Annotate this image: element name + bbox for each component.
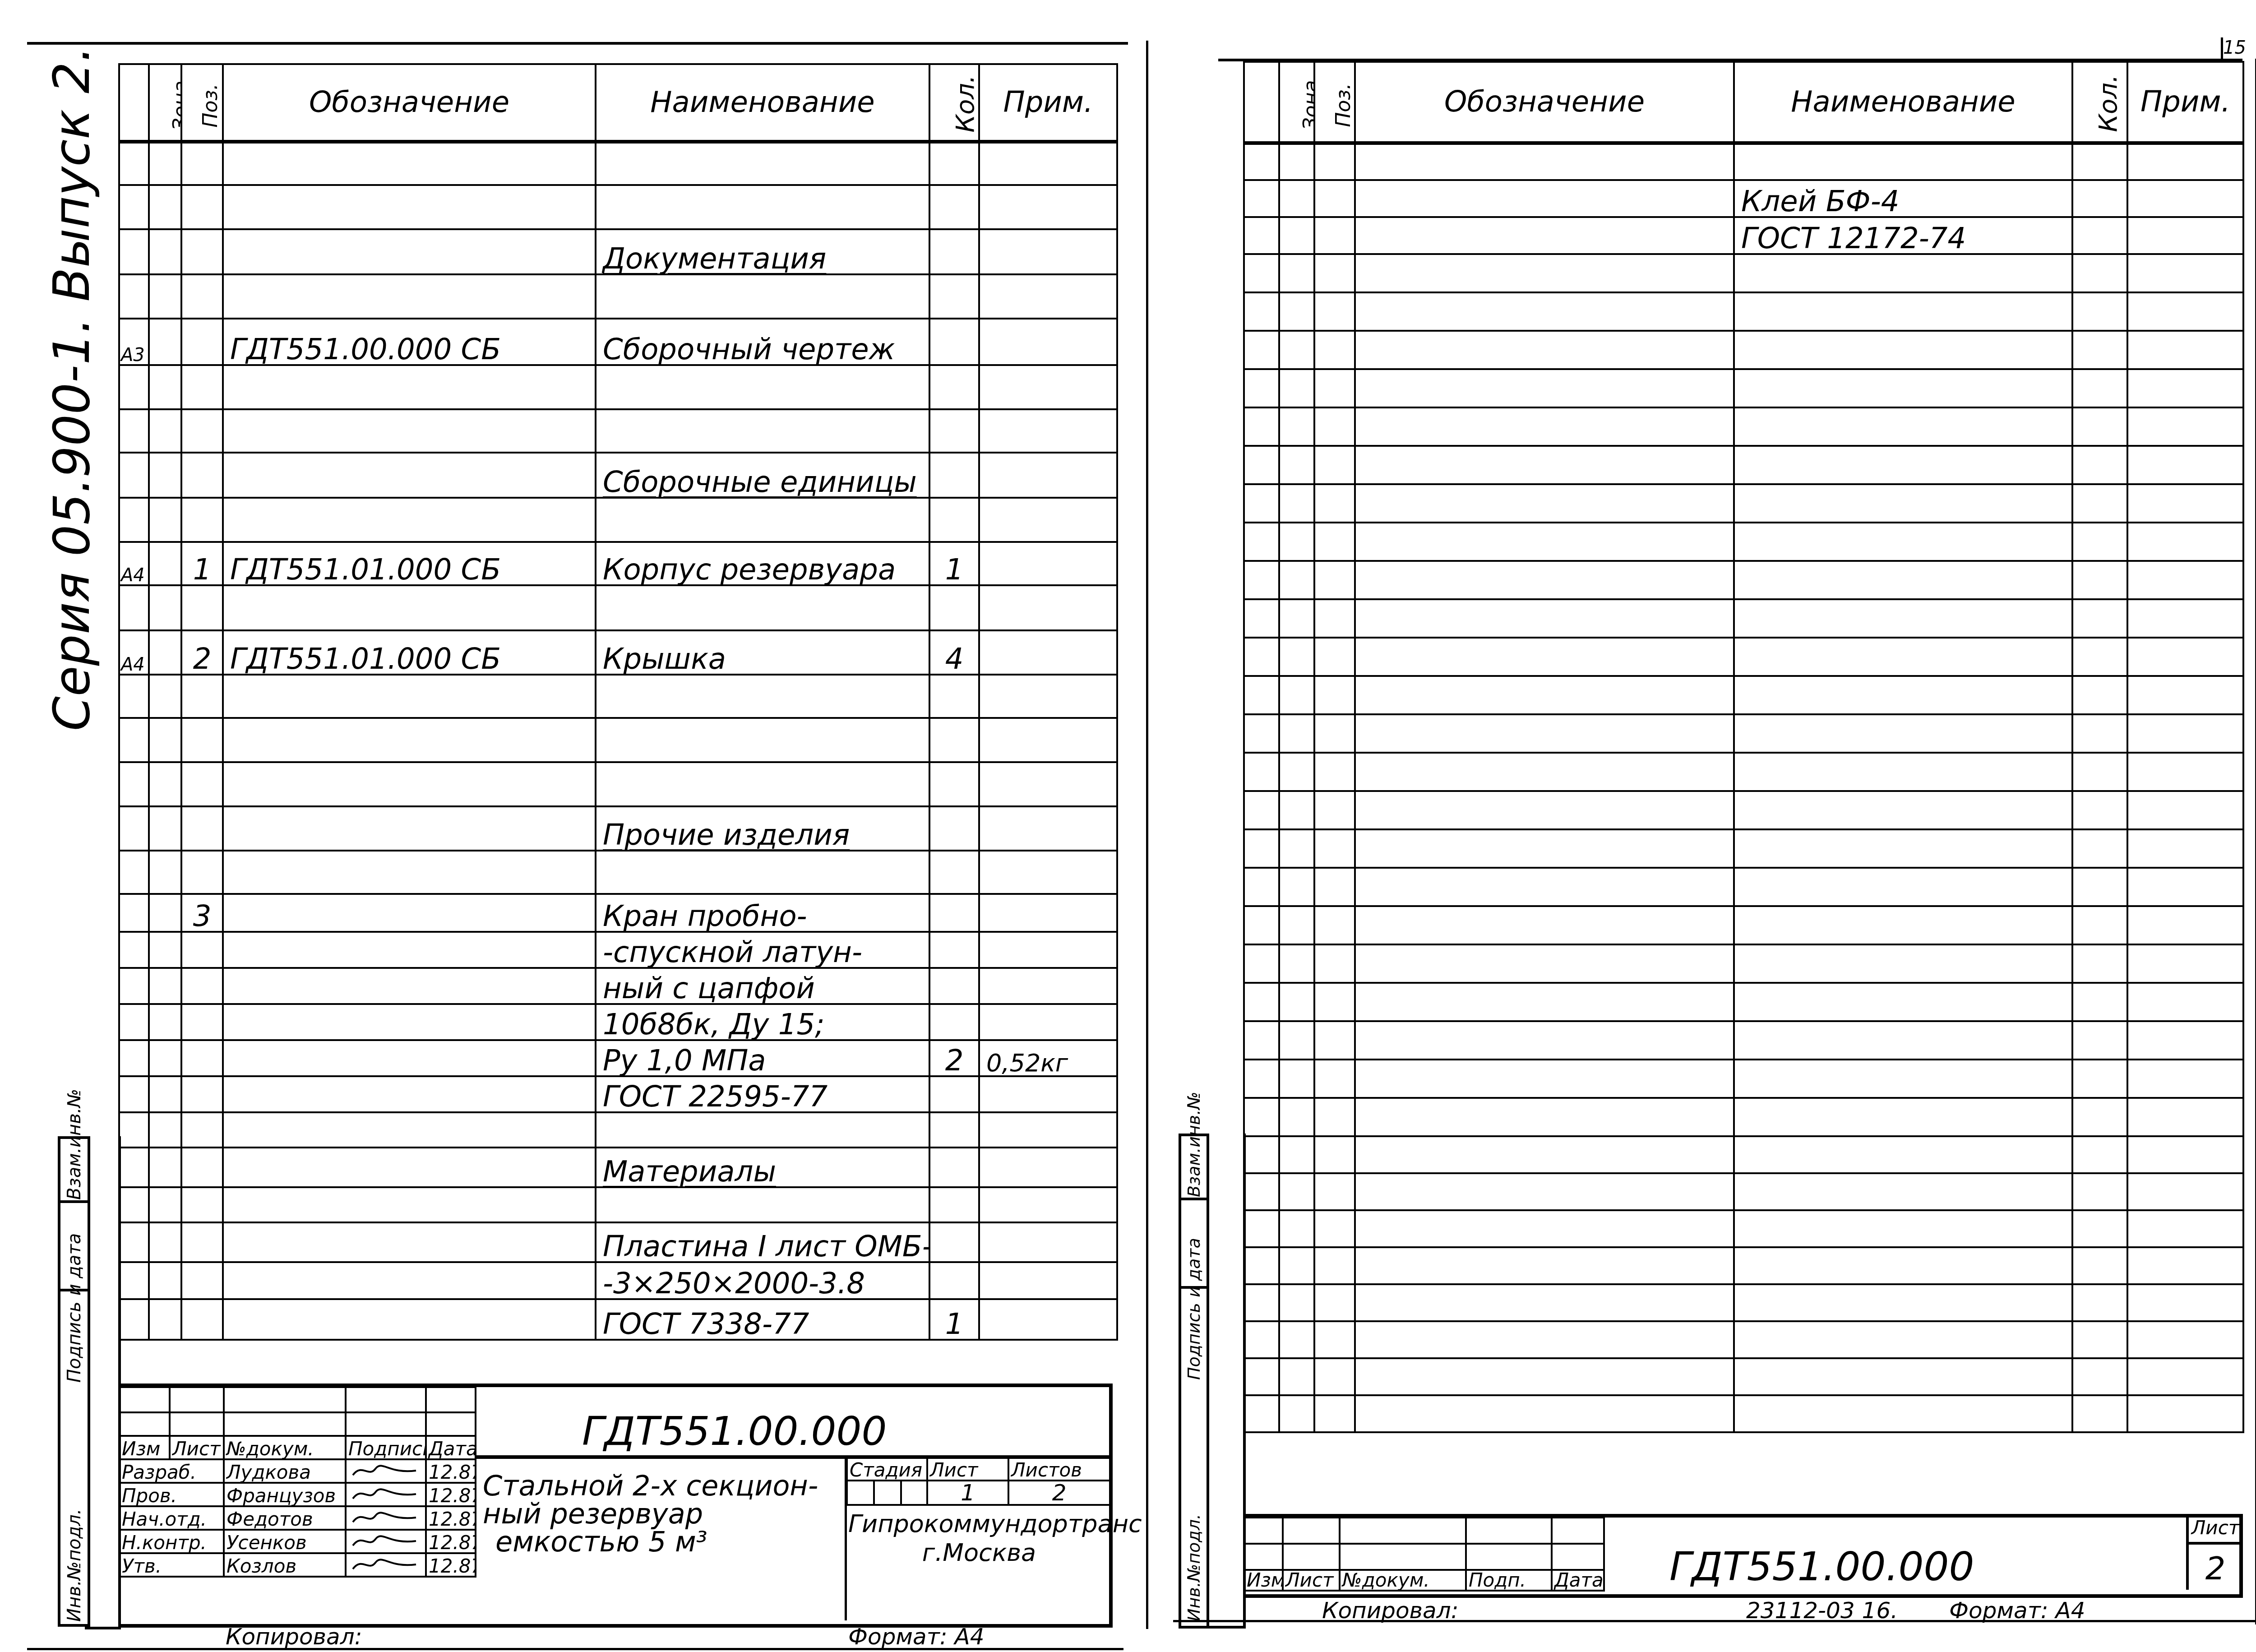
cell-format — [119, 1148, 149, 1187]
table-row — [1244, 944, 2243, 983]
cell-format — [119, 585, 149, 630]
cell-note — [2127, 1321, 2243, 1358]
cell-role: Пров. — [119, 1483, 224, 1506]
cell-name: Кран пробно- — [596, 894, 929, 932]
cell-name — [1734, 143, 2072, 180]
cell-pos — [1314, 523, 1355, 561]
cell-designation — [223, 1187, 596, 1222]
cell-designation — [223, 851, 596, 894]
cell-designation — [1355, 638, 1734, 676]
cell-zone — [149, 274, 181, 319]
cell-designation — [1355, 217, 1734, 254]
cell-name: -3×250×2000-3.8 — [596, 1262, 929, 1299]
table-row — [1244, 407, 2243, 446]
cell-pos — [1314, 1060, 1355, 1098]
cell-format — [1244, 983, 1279, 1021]
cell-designation — [1355, 523, 1734, 561]
stamp-replace-inv: Взам.инв.№ — [64, 1089, 85, 1200]
cell-zone — [1279, 1321, 1314, 1358]
cell-pos — [1314, 254, 1355, 292]
table-row — [1244, 523, 2243, 561]
cell-pos: 2 — [181, 630, 223, 675]
cell-designation — [223, 365, 596, 409]
cell-format — [1244, 829, 1279, 868]
cell-pos — [1314, 944, 1355, 983]
cell-designation — [223, 1222, 596, 1262]
table-row — [119, 762, 1117, 806]
cell-name: ГОСТ 7338-77 — [596, 1299, 929, 1340]
cell-designation — [223, 229, 596, 274]
cell-name — [596, 585, 929, 630]
cell-name: Сборочные единицы — [596, 453, 929, 498]
cell-zone — [1279, 753, 1314, 791]
cell-qty: 4 — [929, 630, 979, 675]
table-row: Документация — [119, 229, 1117, 274]
right-sheet-label: Лист — [2189, 1517, 2242, 1545]
header-name: Наименование — [1734, 62, 2072, 143]
cell-date: 12.87 — [426, 1530, 476, 1553]
cell-designation: ГДТ551.00.000 СБ — [223, 319, 596, 365]
table-row: 10б8бк, Ду 15; — [119, 1004, 1117, 1040]
cell-note — [979, 365, 1117, 409]
cell-format: А4 — [119, 542, 149, 585]
cell-name — [1734, 714, 2072, 753]
cell-designation — [223, 1299, 596, 1340]
table-row: ГОСТ 7338-771 — [119, 1299, 1117, 1340]
cell-qty — [929, 185, 979, 229]
cell-zone — [149, 453, 181, 498]
cell-designation — [1355, 753, 1734, 791]
cell-name — [1734, 1136, 2072, 1173]
cell-name: Усенков — [224, 1530, 346, 1553]
cell-note — [2127, 638, 2243, 676]
cell-note — [2127, 1395, 2243, 1432]
table-row: Клей БФ-4 — [1244, 180, 2243, 217]
cell-format — [1244, 791, 1279, 829]
cell-name — [1734, 1247, 2072, 1284]
cell-designation — [1355, 676, 1734, 714]
cell-zone — [149, 894, 181, 932]
cell-name — [1734, 791, 2072, 829]
cell-name — [1734, 561, 2072, 599]
cell-name — [596, 718, 929, 762]
cell-name — [1734, 868, 2072, 906]
cell-format — [119, 675, 149, 718]
cell-pos — [1314, 1021, 1355, 1060]
cell-format — [1244, 1136, 1279, 1173]
table-row: ГОСТ 12172-74 — [1244, 217, 2243, 254]
cell-format — [1244, 1358, 1279, 1395]
cell-note — [979, 1148, 1117, 1187]
cell-zone — [1279, 1210, 1314, 1247]
cell-zone — [1279, 1395, 1314, 1432]
cell-note — [979, 806, 1117, 851]
cell-name — [1734, 292, 2072, 331]
cell-qty — [929, 1004, 979, 1040]
table-row — [1244, 369, 2243, 407]
table-row: ный с цапфой — [119, 968, 1117, 1004]
cell-zone — [1279, 331, 1314, 369]
cell-designation — [1355, 1395, 1734, 1432]
cell-format — [1244, 1060, 1279, 1098]
cell-pos: 3 — [181, 894, 223, 932]
table-row — [119, 274, 1117, 319]
cell-name: Материалы — [596, 1148, 929, 1187]
table-row — [1244, 1321, 2243, 1358]
cell-qty — [2072, 829, 2127, 868]
cell-qty — [929, 1112, 979, 1148]
top-edge-line-left — [27, 42, 1128, 45]
cell-note — [979, 762, 1117, 806]
cell-pos — [181, 453, 223, 498]
cell-note: 0,52кг — [979, 1040, 1117, 1076]
cell-designation — [1355, 599, 1734, 638]
cell-pos — [181, 1299, 223, 1340]
cell-designation — [223, 932, 596, 968]
cell-note — [979, 185, 1117, 229]
cell-zone — [149, 1004, 181, 1040]
cell-format — [119, 932, 149, 968]
cell-format — [119, 498, 149, 542]
table-row — [119, 851, 1117, 894]
cell-role: Утв. — [119, 1553, 224, 1577]
sheet-label: Лист — [927, 1458, 1008, 1481]
cell-qty — [2072, 561, 2127, 599]
cell-format — [1244, 1021, 1279, 1060]
table-row — [1244, 1284, 2243, 1321]
cell-zone — [1279, 369, 1314, 407]
cell-pos — [1314, 638, 1355, 676]
cell-zone — [1279, 407, 1314, 446]
cell-pos — [1314, 446, 1355, 484]
cell-pos — [1314, 1136, 1355, 1173]
header-pos: Поз. — [1314, 62, 1355, 143]
cell-name — [1734, 1321, 2072, 1358]
left-side-stamp-field — [85, 1136, 121, 1629]
col-doc-no: №докум. — [1340, 1570, 1466, 1591]
cell-name — [1734, 331, 2072, 369]
cell-zone — [1279, 1136, 1314, 1173]
cell-qty — [929, 894, 979, 932]
cell-qty — [2072, 484, 2127, 523]
signature-scribble — [346, 1506, 426, 1530]
cell-date: 12.87 — [426, 1506, 476, 1530]
cell-note — [2127, 1358, 2243, 1395]
cell-name — [1734, 1173, 2072, 1210]
header-format: Формат — [119, 64, 149, 142]
cell-designation — [223, 274, 596, 319]
cell-qty: 1 — [929, 1299, 979, 1340]
table-row — [1244, 143, 2243, 180]
cell-format: А4 — [119, 630, 149, 675]
cell-zone — [149, 498, 181, 542]
cell-qty — [929, 1148, 979, 1187]
cell-zone — [149, 806, 181, 851]
cell-zone — [149, 851, 181, 894]
cell-designation — [1355, 791, 1734, 829]
cell-qty — [2072, 1284, 2127, 1321]
table-row — [119, 498, 1117, 542]
table-row — [1244, 906, 2243, 944]
cell-pos — [1314, 753, 1355, 791]
table-row — [1244, 599, 2243, 638]
cell-designation — [1355, 1284, 1734, 1321]
right-signatures-table: Изм Лист №докум. Подп. Дата — [1243, 1517, 1605, 1592]
cell-designation — [1355, 906, 1734, 944]
cell-note — [2127, 143, 2243, 180]
signature-scribble — [346, 1483, 426, 1506]
left-bottom-edge — [27, 1648, 1123, 1650]
cell-name — [596, 1187, 929, 1222]
table-row — [1244, 484, 2243, 523]
cell-qty — [929, 142, 979, 185]
cell-designation — [223, 1148, 596, 1187]
table-row — [1244, 829, 2243, 868]
cell-format — [1244, 1321, 1279, 1358]
cell-name — [1734, 1395, 2072, 1432]
cell-pos — [1314, 1173, 1355, 1210]
cell-qty — [2072, 753, 2127, 791]
cell-designation — [223, 1004, 596, 1040]
cell-name — [1734, 254, 2072, 292]
cell-note — [979, 498, 1117, 542]
table-row — [1244, 1247, 2243, 1284]
table-row — [1244, 1060, 2243, 1098]
cell-pos — [1314, 217, 1355, 254]
cell-designation — [1355, 944, 1734, 983]
cell-zone — [149, 968, 181, 1004]
cell-role: Нач.отд. — [119, 1506, 224, 1530]
cell-format — [1244, 331, 1279, 369]
cell-qty — [929, 762, 979, 806]
cell-zone — [1279, 254, 1314, 292]
cell-zone — [1279, 1284, 1314, 1321]
cell-designation: ГДТ551.01.000 СБ — [223, 542, 596, 585]
cell-qty — [2072, 906, 2127, 944]
col-change: Изм — [119, 1436, 170, 1459]
cell-note — [2127, 180, 2243, 217]
cell-note — [979, 932, 1117, 968]
cell-format — [119, 1076, 149, 1112]
cell-qty — [929, 718, 979, 762]
table-row: -3×250×2000-3.8 — [119, 1262, 1117, 1299]
cell-format — [1244, 407, 1279, 446]
cell-note — [979, 630, 1117, 675]
cell-qty — [929, 1187, 979, 1222]
cell-note — [2127, 1173, 2243, 1210]
cell-note — [2127, 599, 2243, 638]
cell-pos — [181, 1112, 223, 1148]
cell-designation — [1355, 369, 1734, 407]
signature-scribble — [346, 1459, 426, 1483]
cell-zone — [1279, 638, 1314, 676]
cell-format — [1244, 944, 1279, 983]
cell-format — [1244, 217, 1279, 254]
cell-pos — [181, 274, 223, 319]
cell-pos — [181, 185, 223, 229]
cell-designation — [223, 409, 596, 453]
cell-name: Козлов — [224, 1553, 346, 1577]
right-sheet-box: Лист 2 — [2186, 1517, 2242, 1590]
cell-designation — [1355, 407, 1734, 446]
cell-qty — [929, 1076, 979, 1112]
cell-name — [1734, 599, 2072, 638]
cell-format — [1244, 1247, 1279, 1284]
header-note: Прим. — [2127, 62, 2243, 143]
cell-format — [119, 718, 149, 762]
sheet-value: 1 — [927, 1481, 1008, 1505]
cell-pos — [181, 1040, 223, 1076]
cell-zone — [1279, 714, 1314, 753]
cell-name — [1734, 638, 2072, 676]
table-row — [1244, 676, 2243, 714]
cell-designation — [1355, 1098, 1734, 1136]
cell-zone — [1279, 523, 1314, 561]
table-row — [1244, 561, 2243, 599]
cell-zone — [149, 142, 181, 185]
table-row — [1244, 983, 2243, 1021]
cell-pos: 1 — [181, 542, 223, 585]
table-row — [1244, 1173, 2243, 1210]
cell-pos — [181, 1076, 223, 1112]
cell-note — [2127, 407, 2243, 446]
cell-note — [2127, 369, 2243, 407]
signature-row: Н.контр.Усенков12.87 — [119, 1530, 476, 1553]
series-label: Серия 05.900-1. Выпуск 2. — [43, 46, 101, 731]
cell-pos — [1314, 484, 1355, 523]
cell-pos — [1314, 331, 1355, 369]
cell-name: Ру 1,0 МПа — [596, 1040, 929, 1076]
cell-note — [979, 851, 1117, 894]
cell-zone — [1279, 791, 1314, 829]
cell-name — [596, 1112, 929, 1148]
cell-zone — [1279, 1021, 1314, 1060]
header-qty: Кол. — [929, 64, 979, 142]
table-row — [1244, 868, 2243, 906]
cell-zone — [149, 1187, 181, 1222]
cell-zone — [149, 409, 181, 453]
cell-pos — [1314, 1395, 1355, 1432]
cell-pos — [181, 1148, 223, 1187]
cell-qty — [2072, 868, 2127, 906]
cell-date: 12.87 — [426, 1483, 476, 1506]
cell-note — [2127, 944, 2243, 983]
cell-pos — [181, 1004, 223, 1040]
cell-zone — [1279, 599, 1314, 638]
cell-name: -спускной латун- — [596, 932, 929, 968]
cell-name — [596, 409, 929, 453]
cell-zone — [1279, 829, 1314, 868]
cell-pos — [1314, 180, 1355, 217]
cell-designation — [1355, 829, 1734, 868]
cell-pos — [1314, 599, 1355, 638]
cell-qty — [2072, 1321, 2127, 1358]
cell-qty — [2072, 331, 2127, 369]
cell-format — [1244, 1395, 1279, 1432]
cell-pos — [1314, 1321, 1355, 1358]
cell-designation — [1355, 868, 1734, 906]
cell-format — [119, 274, 149, 319]
cell-name — [1734, 484, 2072, 523]
table-row: ГОСТ 22595-77 — [119, 1076, 1117, 1112]
cell-note — [2127, 254, 2243, 292]
cell-designation — [1355, 1021, 1734, 1060]
cell-zone — [1279, 944, 1314, 983]
cell-qty — [929, 229, 979, 274]
cell-pos — [181, 968, 223, 1004]
cell-qty — [929, 932, 979, 968]
cell-pos — [181, 1222, 223, 1262]
stage-vertical-divider — [845, 1457, 847, 1620]
cell-note — [979, 1076, 1117, 1112]
cell-qty — [929, 585, 979, 630]
header-designation: Обозначение — [223, 64, 596, 142]
cell-format — [119, 229, 149, 274]
table-row — [1244, 331, 2243, 369]
table-row: А42ГДТ551.01.000 СБКрышка4 — [119, 630, 1117, 675]
cell-name — [1734, 446, 2072, 484]
table-row — [1244, 1021, 2243, 1060]
cell-format — [119, 851, 149, 894]
header-zone: Зона — [1279, 62, 1314, 143]
table-row: Сборочные единицы — [119, 453, 1117, 498]
cell-designation — [1355, 1173, 1734, 1210]
cell-designation — [1355, 143, 1734, 180]
cell-format — [1244, 906, 1279, 944]
cell-qty — [2072, 1173, 2127, 1210]
cell-designation — [1355, 983, 1734, 1021]
cell-name: Федотов — [224, 1506, 346, 1530]
cell-zone — [149, 585, 181, 630]
cell-pos — [181, 762, 223, 806]
table-row: Материалы — [119, 1148, 1117, 1187]
cell-zone — [149, 1222, 181, 1262]
cell-format: А3 — [119, 319, 149, 365]
cell-name — [1734, 829, 2072, 868]
cell-pos — [1314, 714, 1355, 753]
table-row — [1244, 1358, 2243, 1395]
cell-note — [2127, 484, 2243, 523]
cell-name — [1734, 944, 2072, 983]
col-doc-no: №докум. — [224, 1436, 346, 1459]
cell-name — [596, 675, 929, 718]
cell-qty — [2072, 638, 2127, 676]
cell-designation: ГДТ551.01.000 СБ — [223, 630, 596, 675]
cell-format — [1244, 523, 1279, 561]
cell-format — [1244, 254, 1279, 292]
cell-format — [119, 1112, 149, 1148]
cell-name — [596, 365, 929, 409]
cell-zone — [1279, 676, 1314, 714]
right-doc-code: ГДТ551.00.000 — [1669, 1543, 1974, 1590]
header-format: Формат — [1244, 62, 1279, 143]
cell-zone — [149, 1262, 181, 1299]
cell-note — [979, 319, 1117, 365]
cell-designation — [223, 498, 596, 542]
cell-note — [979, 1299, 1117, 1340]
right-sheet-value: 2 — [2189, 1545, 2242, 1587]
cell-pos — [181, 806, 223, 851]
cell-qty — [2072, 446, 2127, 484]
cell-name — [1734, 1284, 2072, 1321]
table-row — [119, 718, 1117, 762]
cell-qty — [2072, 1060, 2127, 1098]
header-qty: Кол. — [2072, 62, 2127, 143]
table-row: А41ГДТ551.01.000 СБКорпус резервуара1 — [119, 542, 1117, 585]
cell-zone — [149, 762, 181, 806]
signature-scribble — [346, 1553, 426, 1577]
cell-note — [979, 1222, 1117, 1262]
